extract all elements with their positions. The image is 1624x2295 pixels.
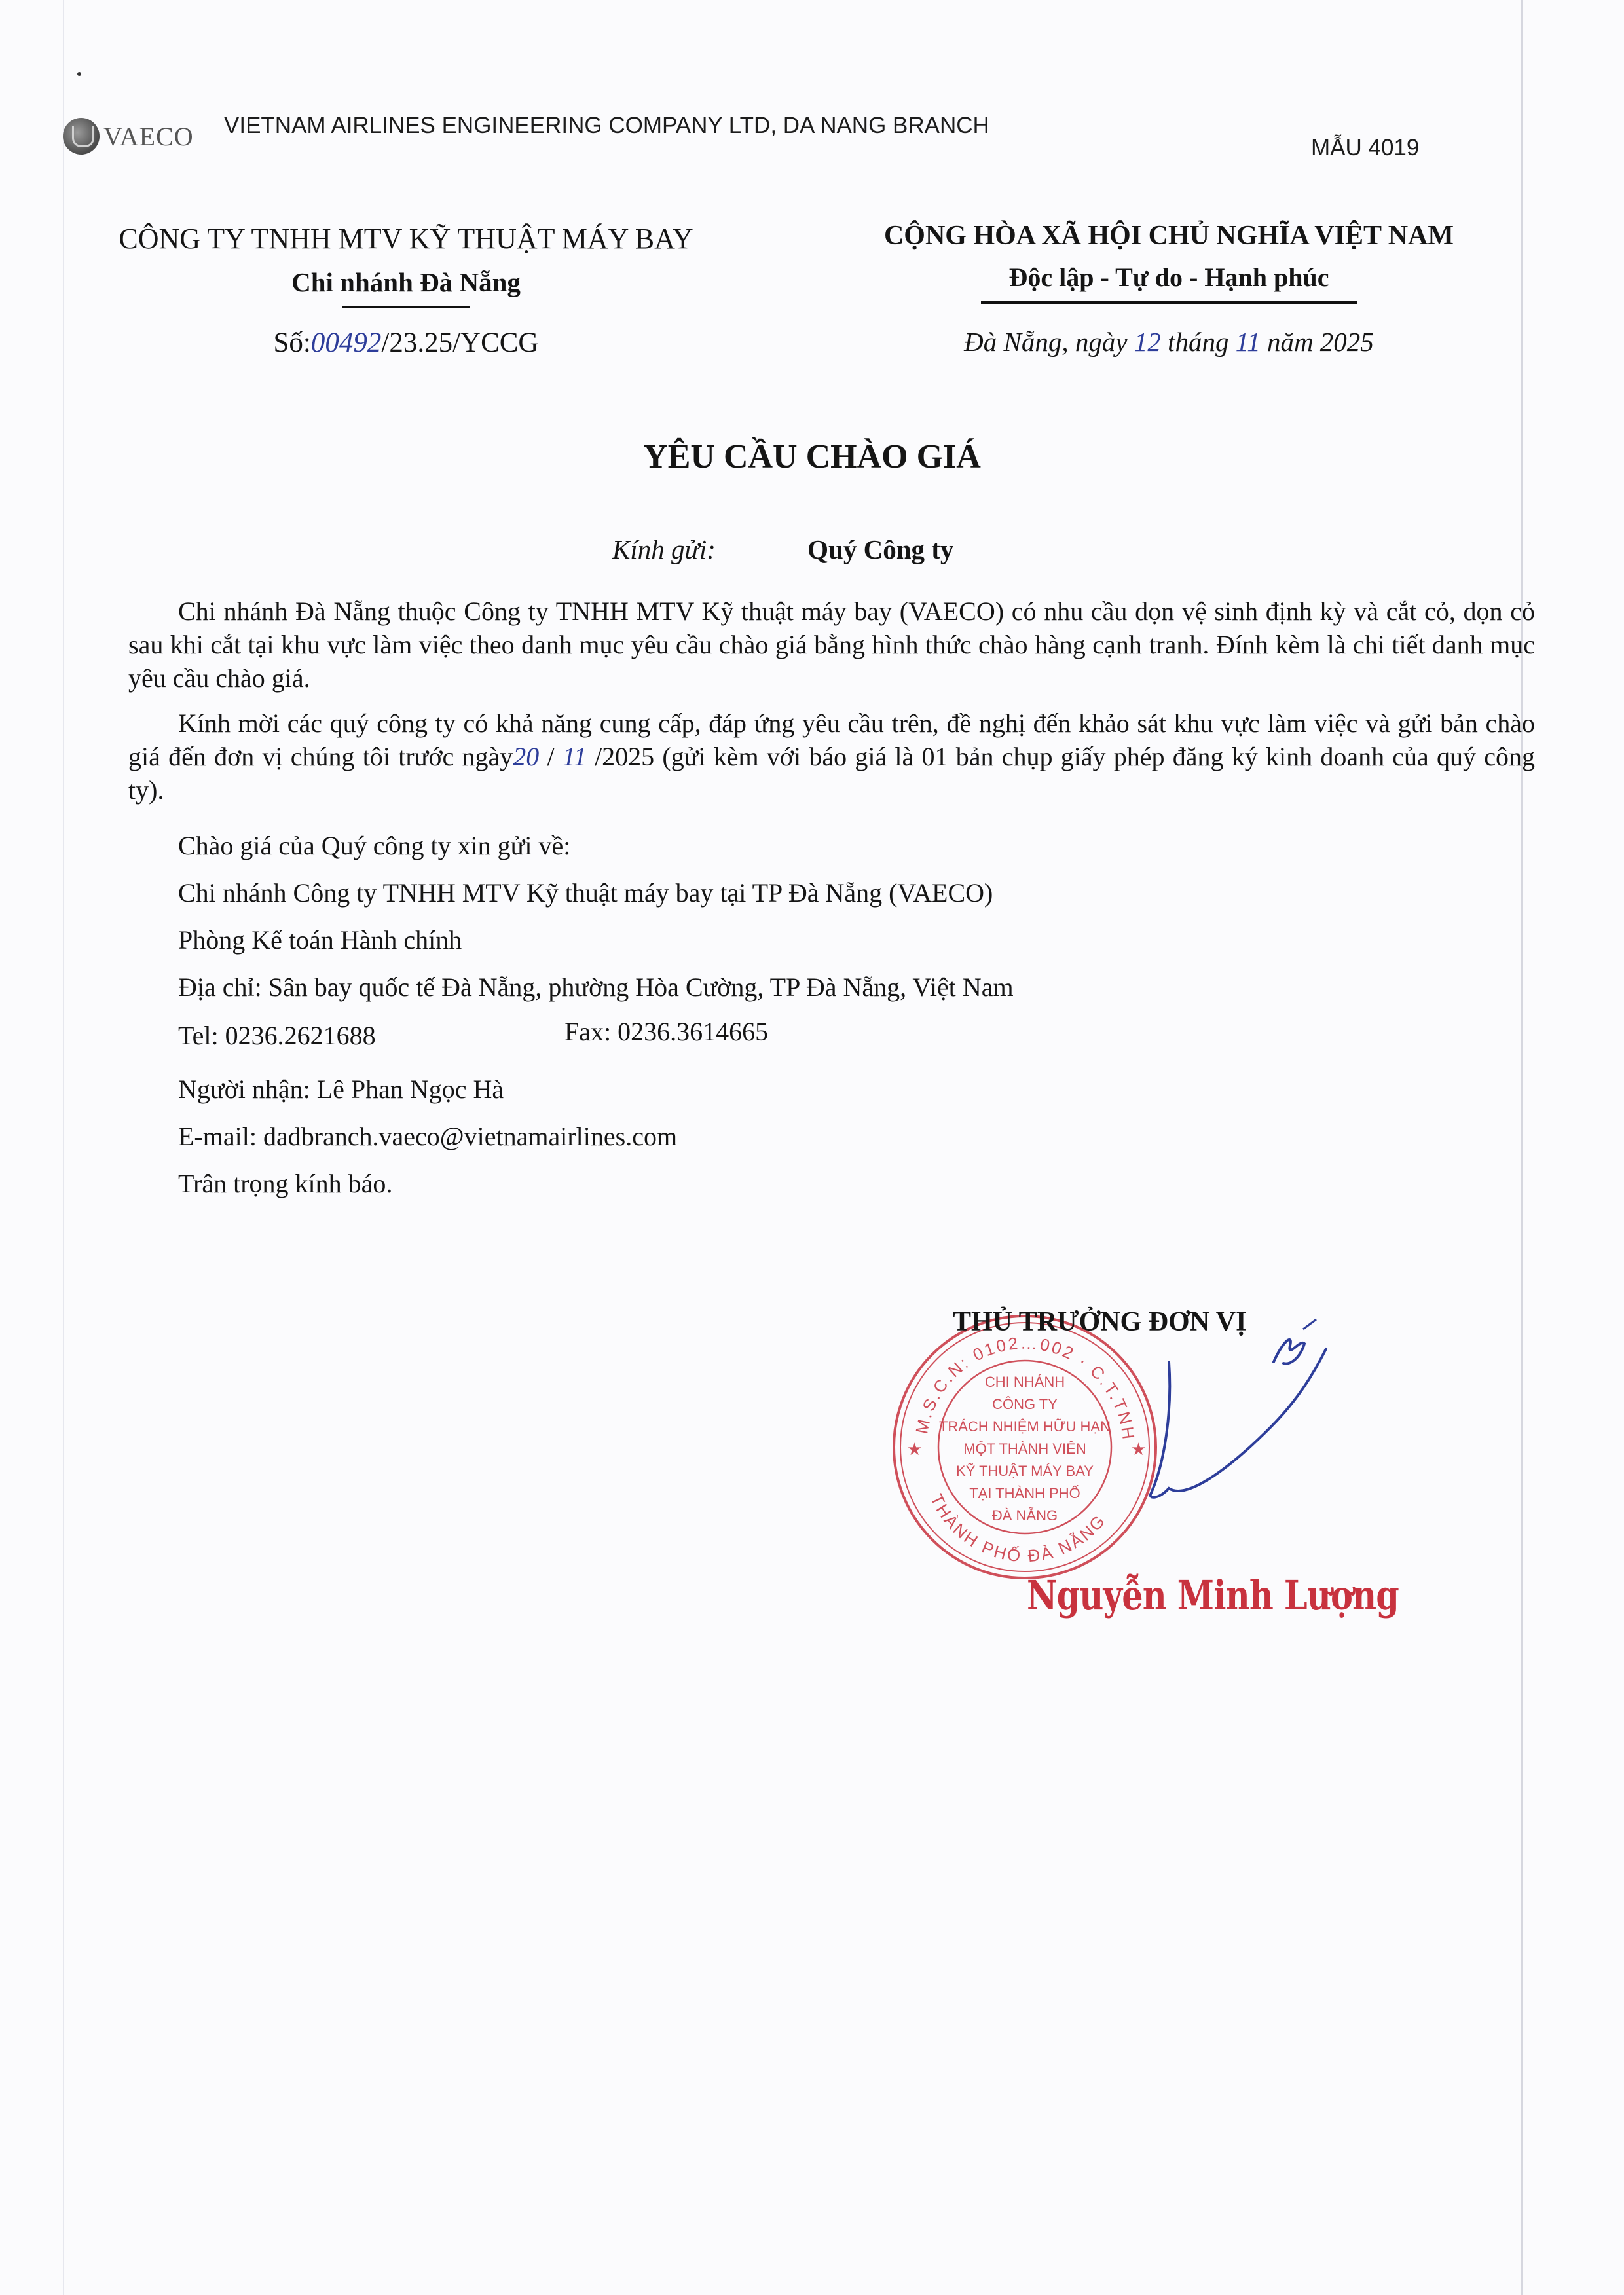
letterhead: VAECO VIETNAM AIRLINES ENGINEERING COMPA… (63, 111, 1471, 170)
signer-name: Nguyễn Minh Lượng (1027, 1571, 1399, 1619)
globe-logo-icon (63, 118, 100, 155)
logo-text: VAECO (103, 121, 194, 152)
paragraph-invitation: Kính mời các quý công ty có khả năng cun… (128, 707, 1535, 807)
svg-text:ĐÀ NẴNG: ĐÀ NẴNG (992, 1507, 1058, 1524)
send-to-label: Chào giá của Quý công ty xin gửi về: (178, 830, 570, 861)
telephone: Tel: 0236.2621688 (178, 1020, 376, 1051)
closing: Trân trọng kính báo. (178, 1168, 392, 1199)
salutation-label: Kính gửi: (612, 534, 716, 564)
divider (981, 301, 1357, 304)
scan-artifact-left (63, 0, 64, 2295)
svg-text:CHI NHÁNH: CHI NHÁNH (985, 1374, 1065, 1390)
month-handwritten: 11 (1236, 327, 1261, 357)
send-to-org: Chi nhánh Công ty TNHH MTV Kỹ thuật máy … (178, 877, 993, 908)
issue-date: Đà Nẵng, ngày 12 tháng 11 năm 2025 (841, 326, 1496, 358)
issuer-header: CÔNG TY TNHH MTV KỸ THUẬT MÁY BAY Chi nh… (85, 219, 727, 359)
svg-text:KỸ THUẬT MÁY BAY: KỸ THUẬT MÁY BAY (956, 1463, 1094, 1479)
national-title: CỘNG HÒA XÃ HỘI CHỦ NGHĨA VIỆT NAM (841, 216, 1496, 255)
doc-number-label: Số: (274, 327, 311, 358)
divider (342, 306, 470, 308)
scan-speck (77, 72, 81, 76)
svg-text:TẠI THÀNH PHỐ: TẠI THÀNH PHỐ (969, 1484, 1080, 1501)
email: E-mail: dadbranch.vaeco@vietnamairlines.… (178, 1121, 677, 1152)
department: Phòng Kế toán Hành chính (178, 925, 462, 955)
svg-text:CÔNG TY: CÔNG TY (992, 1396, 1058, 1412)
doc-number-handwritten: 00492 (311, 327, 382, 358)
month-label: tháng (1168, 327, 1228, 357)
deadline-separator: / (539, 742, 563, 771)
day-handwritten: 12 (1134, 327, 1161, 357)
document-body: Chi nhánh Đà Nẵng thuộc Công ty TNHH MTV… (128, 595, 1535, 818)
national-motto: Độc lập - Tự do - Hạnh phúc (841, 259, 1496, 296)
issuer-org-name: CÔNG TY TNHH MTV KỸ THUẬT MÁY BAY (85, 219, 727, 259)
vaeco-logo: VAECO (63, 118, 194, 155)
deadline-month-handwritten: 11 (563, 742, 587, 771)
document-number: Số:00492/23.25/YCCG (85, 327, 727, 359)
issuer-branch-name: Chi nhánh Đà Nẵng (85, 263, 727, 302)
form-code: MẪU 4019 (1311, 135, 1419, 161)
deadline-day-handwritten: 20 (513, 742, 539, 771)
national-header: CỘNG HÒA XÃ HỘI CHỦ NGHĨA VIỆT NAM Độc l… (841, 216, 1496, 358)
company-name-english: VIETNAM AIRLINES ENGINEERING COMPANY LTD… (224, 111, 1075, 139)
salutation: Kính gửi: Quý Công ty (612, 534, 953, 565)
address: Địa chỉ: Sân bay quốc tế Đà Nẵng, phường… (178, 972, 1014, 1002)
handwritten-signature (1074, 1303, 1336, 1539)
year-label: năm 2025 (1267, 327, 1374, 357)
date-prefix: Đà Nẵng, ngày (964, 327, 1127, 357)
svg-text:★: ★ (907, 1439, 922, 1459)
fax: Fax: 0236.3614665 (564, 1016, 768, 1047)
recipient-person: Người nhận: Lê Phan Ngọc Hà (178, 1074, 504, 1105)
doc-number-suffix: /23.25/YCCG (381, 327, 538, 358)
salutation-recipient: Quý Công ty (807, 534, 953, 564)
paragraph-request: Chi nhánh Đà Nẵng thuộc Công ty TNHH MTV… (128, 595, 1535, 695)
scan-artifact-right (1521, 0, 1523, 2295)
document-title: YÊU CẦU CHÀO GIÁ (0, 437, 1624, 476)
svg-text:MỘT THÀNH VIÊN: MỘT THÀNH VIÊN (963, 1441, 1086, 1457)
